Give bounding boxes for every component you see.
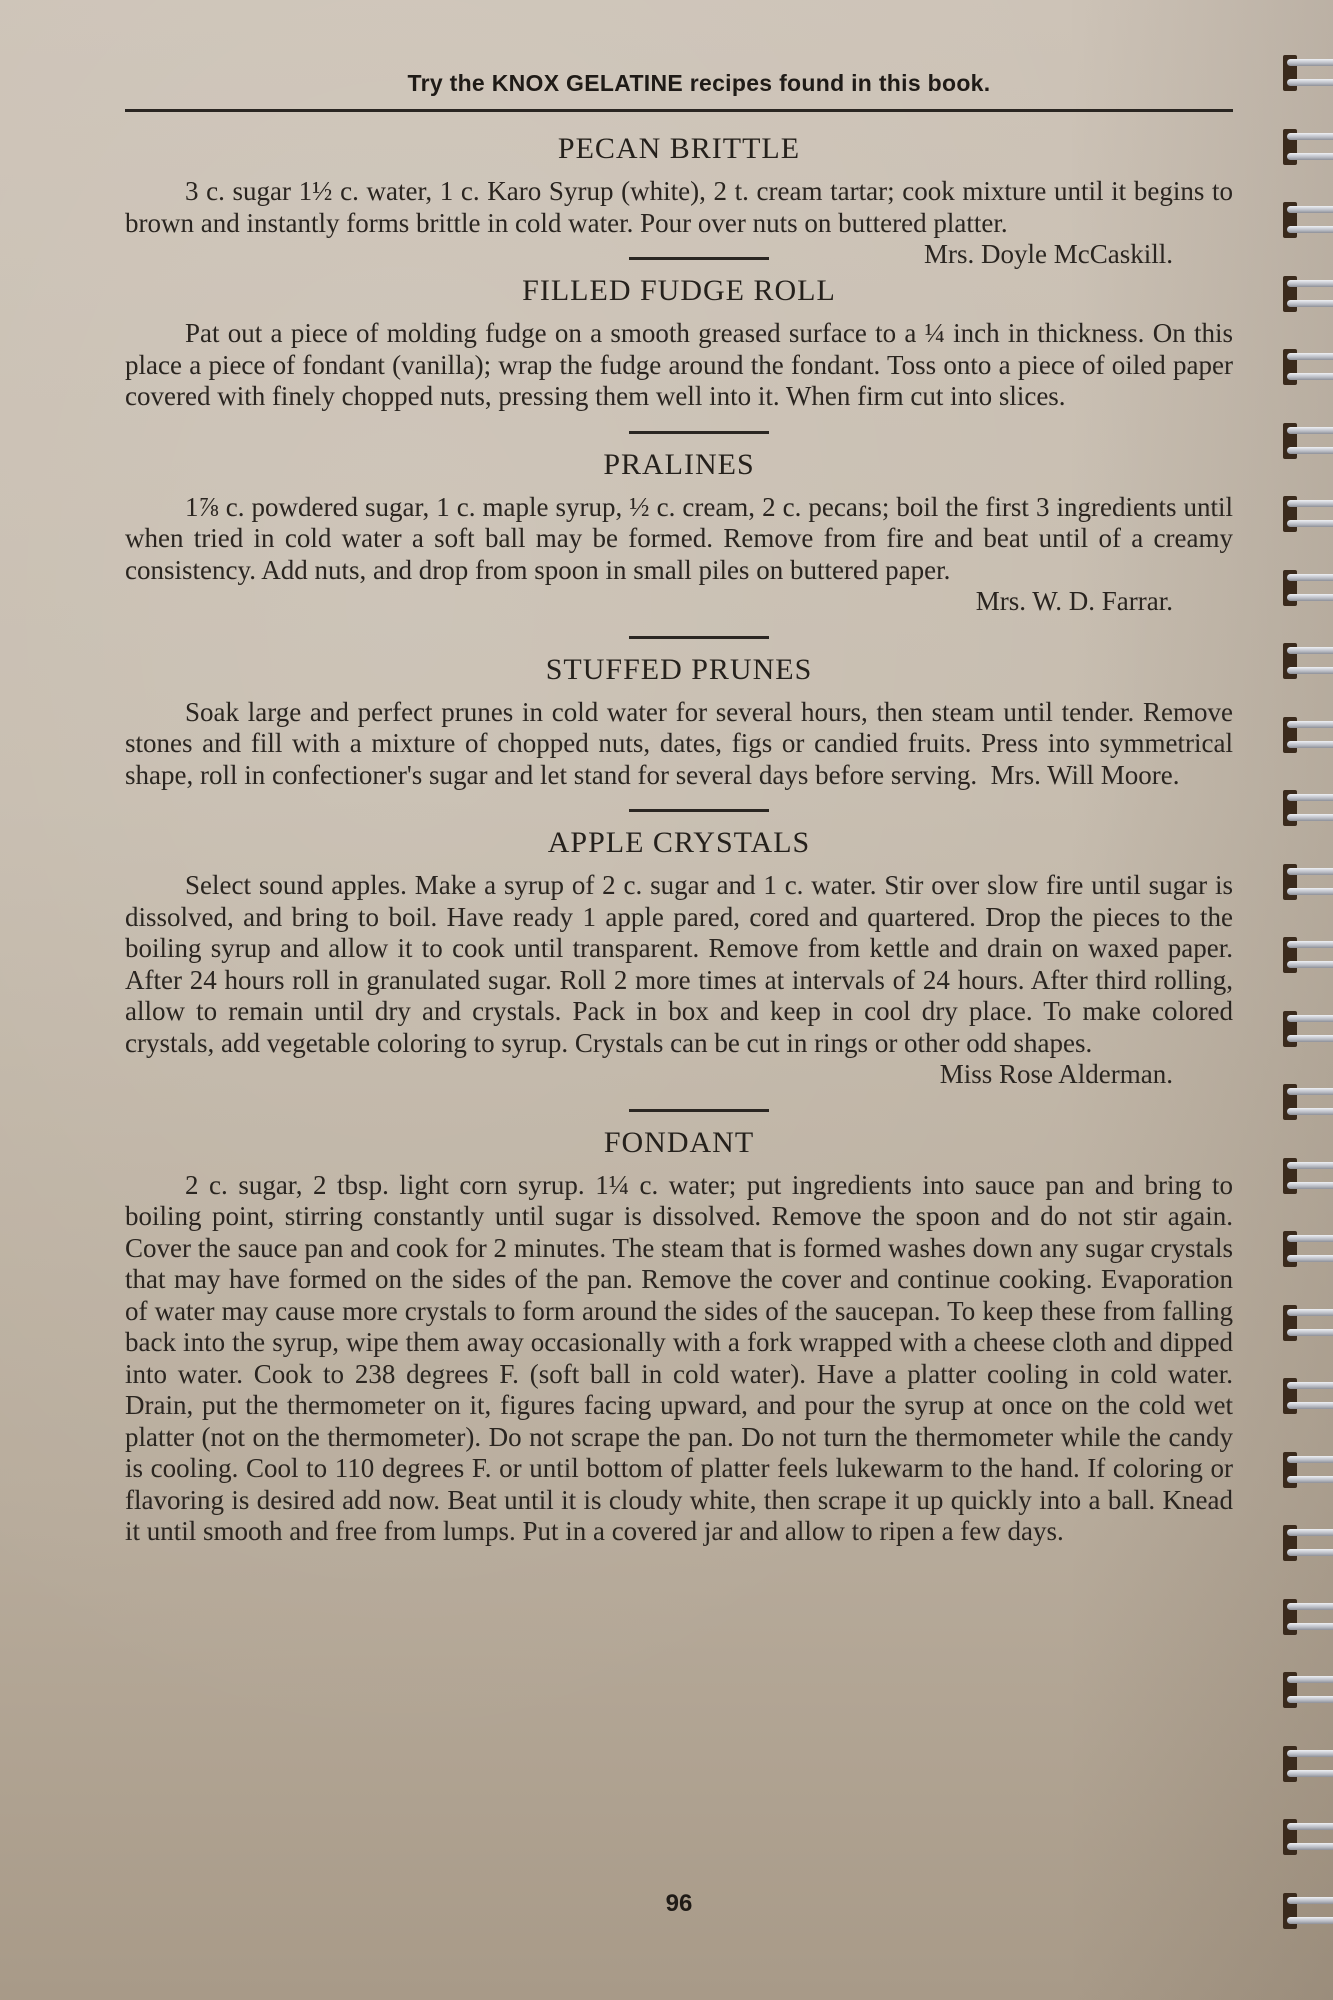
binding-coil <box>1283 1672 1333 1712</box>
binding-coil <box>1283 1305 1333 1345</box>
binding-coil <box>1283 937 1333 977</box>
cookbook-page: Try the KNOX GELATINE recipes found in t… <box>125 70 1233 1548</box>
recipe-stuffed-prunes: STUFFED PRUNES Soak large and perfect pr… <box>125 653 1233 792</box>
spiral-binding-icon <box>1273 55 1333 1985</box>
recipe-author: Mrs. Doyle McCaskill. <box>864 239 1233 271</box>
binding-coil <box>1283 1525 1333 1565</box>
binding-coil <box>1283 790 1333 830</box>
recipe-apple-crystals: APPLE CRYSTALS Select sound apples. Make… <box>125 826 1233 1091</box>
recipe-pecan-brittle: PECAN BRITTLE 3 c. sugar 1½ c. water, 1 … <box>125 132 1233 239</box>
recipe-author: Mrs. W. D. Farrar. <box>125 586 1233 618</box>
binding-coil <box>1283 864 1333 904</box>
binding-coil <box>1283 276 1333 316</box>
recipe-author: Miss Rose Alderman. <box>125 1059 1233 1091</box>
recipe-divider <box>629 636 769 639</box>
binding-coil <box>1283 1599 1333 1639</box>
binding-coil <box>1283 202 1333 242</box>
recipe-fondant: FONDANT 2 c. sugar, 2 tbsp. light corn s… <box>125 1126 1233 1548</box>
recipe-body: 3 c. sugar 1½ c. water, 1 c. Karo Syrup … <box>125 176 1233 239</box>
binding-coil <box>1283 643 1333 683</box>
recipe-body: Select sound apples. Make a syrup of 2 c… <box>125 870 1233 1059</box>
recipe-divider <box>629 809 769 812</box>
binding-coil <box>1283 423 1333 463</box>
header-rule <box>125 109 1233 112</box>
binding-coil <box>1283 349 1333 389</box>
binding-coil <box>1283 1819 1333 1859</box>
binding-coil <box>1283 1452 1333 1492</box>
recipe-title: PRALINES <box>125 448 1233 482</box>
binding-coil <box>1283 1893 1333 1933</box>
recipe-title: FONDANT <box>125 1126 1233 1160</box>
binding-coil <box>1283 1158 1333 1198</box>
recipe-title: STUFFED PRUNES <box>125 653 1233 687</box>
recipe-pralines: PRALINES 1⅞ c. powdered sugar, 1 c. mapl… <box>125 448 1233 618</box>
binding-coil <box>1283 496 1333 536</box>
recipe-divider <box>629 257 769 260</box>
binding-coil <box>1283 55 1333 95</box>
recipe-filled-fudge-roll: FILLED FUDGE ROLL Pat out a piece of mol… <box>125 274 1233 413</box>
binding-coil <box>1283 1084 1333 1124</box>
recipe-title: PECAN BRITTLE <box>125 132 1233 166</box>
binding-coil <box>1283 1011 1333 1051</box>
recipe-title: FILLED FUDGE ROLL <box>125 274 1233 308</box>
binding-coil <box>1283 1231 1333 1271</box>
running-head: Try the KNOX GELATINE recipes found in t… <box>165 70 1233 97</box>
binding-coil <box>1283 717 1333 757</box>
recipe-author: Mrs. Will Moore. <box>991 760 1180 790</box>
recipe-body: 1⅞ c. powdered sugar, 1 c. maple syrup, … <box>125 492 1233 587</box>
binding-coil <box>1283 570 1333 610</box>
recipe-title: APPLE CRYSTALS <box>125 826 1233 860</box>
recipe-divider <box>629 1109 769 1112</box>
recipe-body: Pat out a piece of molding fudge on a sm… <box>125 318 1233 413</box>
binding-coil <box>1283 1378 1333 1418</box>
binding-coil <box>1283 129 1333 169</box>
recipe-body: Soak large and perfect prunes in cold wa… <box>125 697 1233 792</box>
recipe-body: 2 c. sugar, 2 tbsp. light corn syrup. 1¼… <box>125 1170 1233 1548</box>
recipe-divider <box>629 431 769 434</box>
page-number: 96 <box>125 1890 1233 1918</box>
binding-coil <box>1283 1746 1333 1786</box>
